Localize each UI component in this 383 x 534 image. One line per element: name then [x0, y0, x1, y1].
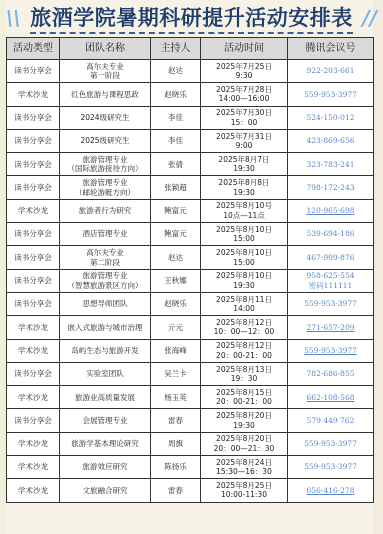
team-name-cell-line: 思想导师团队: [60, 299, 150, 309]
host-cell: 雷春: [151, 409, 201, 432]
title-area: \\ 旅酒学院暑期科研提升活动安排表 //: [0, 0, 383, 36]
activity-time-cell: 2025年7月31日9:00: [201, 129, 288, 152]
host-cell: 张颖超: [151, 176, 201, 199]
meeting-id-link-line[interactable]: 423-869-656: [288, 136, 373, 146]
meeting-id-link-line[interactable]: 579 449 762: [288, 416, 373, 426]
team-name-cell-line: 实验室团队: [60, 369, 150, 379]
activity-type-cell: 读书分享会: [7, 246, 60, 269]
meeting-id-link-line[interactable]: 559-953-3977: [288, 90, 373, 100]
activity-time-cell-line: 2025年8月11日: [201, 295, 287, 305]
team-name-cell-line: 高尔夫专业: [60, 62, 150, 72]
team-name-cell: 会展管理专业: [60, 409, 151, 432]
activity-time-cell-line: 2025年7月25日: [201, 62, 287, 72]
team-name-cell: 嵌入式旅游与城市治理: [60, 316, 151, 339]
activity-time-cell-line: 2025年8月10日: [201, 225, 287, 235]
table-row: 读书分享会会展管理专业雷春2025年8月20日19:30579 449 762: [7, 409, 374, 432]
activity-time-cell-line: 2025年8月7日: [201, 155, 287, 165]
table-row: 读书分享会实验室团队吴兰卡2025年8月13日19：30782-686-855: [7, 362, 374, 385]
activity-time-cell: 2025年8月10日15:00: [201, 246, 288, 269]
team-name-cell-line: 文旅融合研究: [60, 486, 150, 496]
activity-time-cell-line: 14:00: [201, 304, 287, 314]
activity-time-cell: 2025年8月25日10:00-11:30: [201, 479, 288, 502]
activity-time-cell-line: 2025年8月24日: [201, 458, 287, 468]
activity-type-cell: 学术沙龙: [7, 456, 60, 479]
activity-time-cell-line: 19:30: [201, 281, 287, 291]
meeting-id-link[interactable]: 559-953-3977: [288, 83, 374, 106]
activity-type-cell: 学术沙龙: [7, 432, 60, 455]
activity-time-cell-line: 19：30: [201, 374, 287, 384]
header-host: 主持人: [151, 38, 201, 60]
team-name-cell-line: 旅游学基本理论研究: [60, 439, 150, 449]
activity-time-cell-line: 15:30—16：30: [201, 467, 287, 477]
meeting-id-link[interactable]: 958-625-554密码111111: [288, 269, 374, 292]
host-cell: 赵达: [151, 60, 201, 83]
team-name-cell: 2025级研究生: [60, 129, 151, 152]
background-right-edge: [373, 0, 383, 534]
table-row: 读书分享会旅游管理专业（邮轮游艇方向）张颖超2025年8月8日19:30798-…: [7, 176, 374, 199]
meeting-id-link-line[interactable]: 密码111111: [288, 281, 373, 291]
meeting-id-link[interactable]: 423-869-656: [288, 129, 374, 152]
activity-time-cell: 2025年8月24日15:30—16：30: [201, 456, 288, 479]
activity-time-cell-line: 2025年8月20日: [201, 434, 287, 444]
host-cell: 赵晓乐: [151, 292, 201, 315]
team-name-cell: 2024级研究生: [60, 106, 151, 129]
activity-time-cell: 2025年8月12日10：00—12：00: [201, 316, 288, 339]
meeting-id-link-line[interactable]: 922-203-661: [288, 66, 373, 76]
activity-time-cell-line: 20：00-21：00: [201, 351, 287, 361]
team-name-cell-line: 第二阶段: [60, 258, 150, 268]
activity-time-cell: 2025年8月13日19：30: [201, 362, 288, 385]
activity-type-cell: 读书分享会: [7, 269, 60, 292]
table-row: 读书分享会高尔夫专业第一阶段赵达2025年7月25日9:30922-203-66…: [7, 60, 374, 83]
team-name-cell-line: 旅游效应研究: [60, 462, 150, 472]
team-name-cell-line: 旅游管理专业: [60, 271, 150, 281]
table-row: 学术沙龙旅游者行为研究鲍富元2025年8月10号10点—11点120-965-6…: [7, 199, 374, 222]
meeting-id-link[interactable]: 579 449 762: [288, 409, 374, 432]
team-name-cell: 文旅融合研究: [60, 479, 151, 502]
meeting-id-link[interactable]: 323-783-241: [288, 153, 374, 176]
meeting-id-link-line[interactable]: 798-172-243: [288, 183, 373, 193]
table-row: 读书分享会2024级研究生李佳2025年7月30日15：00524-150-01…: [7, 106, 374, 129]
meeting-id-link[interactable]: 559-953-3977: [288, 456, 374, 479]
activity-type-cell: 读书分享会: [7, 292, 60, 315]
host-cell: 陈扬乐: [151, 456, 201, 479]
team-name-cell-line: 岛屿生态与旅游开发: [60, 346, 150, 356]
meeting-id-link[interactable]: 559-953-3977: [288, 292, 374, 315]
team-name-cell: 旅游管理专业（智慧旅游景区方向）: [60, 269, 151, 292]
activity-time-cell-line: 15:00: [201, 258, 287, 268]
meeting-id-link-line[interactable]: 559-953-3977: [288, 299, 373, 309]
table-body: 读书分享会高尔夫专业第一阶段赵达2025年7月25日9:30922-203-66…: [7, 60, 374, 503]
activity-time-cell-line: 2025年7月28日: [201, 85, 287, 95]
header-team-name: 团队名称: [60, 38, 151, 60]
team-name-cell: 实验室团队: [60, 362, 151, 385]
activity-time-cell-line: 2025年8月13日: [201, 365, 287, 375]
meeting-id-link[interactable]: 559-953-3977: [288, 339, 374, 362]
team-name-cell-line: 红色旅游与课程思政: [60, 90, 150, 100]
team-name-cell-line: 会展管理专业: [60, 416, 150, 426]
meeting-id-link[interactable]: 539-694-186: [288, 223, 374, 246]
activity-time-cell-line: 9:30: [201, 71, 287, 81]
team-name-cell: 酒店管理专业: [60, 223, 151, 246]
team-name-cell: 思想导师团队: [60, 292, 151, 315]
activity-time-cell-line: 2025年8月12日: [201, 341, 287, 351]
activity-time-cell-line: 19:30: [201, 164, 287, 174]
host-cell: 王秋娜: [151, 269, 201, 292]
activity-time-cell: 2025年7月28日14:00—16:00: [201, 83, 288, 106]
exclamation-decoration-left-icon: \\: [6, 6, 21, 30]
table-row: 读书分享会思想导师团队赵晓乐2025年8月11日14:00559-953-397…: [7, 292, 374, 315]
activity-type-cell: 读书分享会: [7, 362, 60, 385]
table-row: 读书分享会酒店管理专业鲍富元2025年8月10日15:00539-694-186: [7, 223, 374, 246]
activity-time-cell-line: 2025年8月10日: [201, 248, 287, 258]
team-name-cell-line: 酒店管理专业: [60, 229, 150, 239]
schedule-table: 活动类型 团队名称 主持人 活动时间 腾讯会议号 读书分享会高尔夫专业第一阶段赵…: [6, 37, 374, 503]
meeting-id-link[interactable]: 922-203-661: [288, 60, 374, 83]
meeting-id-link[interactable]: 798-172-243: [288, 176, 374, 199]
activity-type-cell: 学术沙龙: [7, 479, 60, 502]
meeting-id-link-line[interactable]: 467-909-876: [288, 253, 373, 263]
team-name-cell-line: 嵌入式旅游与城市治理: [60, 323, 150, 333]
team-name-cell: 高尔夫专业第一阶段: [60, 60, 151, 83]
table-row: 学术沙龙文旅融合研究雷春2025年8月25日10:00-11:30656-416…: [7, 479, 374, 502]
table-row: 读书分享会旅游管理专业（国际旅游接待方向）张倩2025年8月7日19:30323…: [7, 153, 374, 176]
team-name-cell-line: 旅游管理专业: [60, 155, 150, 165]
activity-type-cell: 读书分享会: [7, 129, 60, 152]
activity-time-cell-line: 2025年8月12日: [201, 318, 287, 328]
exclamation-decoration-right-icon: //: [362, 6, 377, 30]
host-cell: 鲍富元: [151, 199, 201, 222]
activity-time-cell-line: 2025年8月10号: [201, 201, 287, 211]
activity-time-cell: 2025年7月30日15：00: [201, 106, 288, 129]
meeting-id-link-line[interactable]: 782-686-855: [288, 369, 373, 379]
activity-time-cell-line: 2025年7月30日: [201, 108, 287, 118]
meeting-id-link-line[interactable]: 271-657-209: [288, 323, 373, 333]
meeting-id-link[interactable]: 467-909-876: [288, 246, 374, 269]
activity-time-cell: 2025年8月11日14:00: [201, 292, 288, 315]
activity-time-cell-line: 2025年8月20日: [201, 411, 287, 421]
meeting-id-link[interactable]: 656-416-278: [288, 479, 374, 502]
page-title: 旅酒学院暑期科研提升活动安排表: [30, 6, 353, 34]
meeting-id-link-line[interactable]: 559-953-3977: [288, 346, 373, 356]
host-cell: 李佳: [151, 106, 201, 129]
host-cell: 赵达: [151, 246, 201, 269]
activity-time-cell: 2025年8月8日19:30: [201, 176, 288, 199]
activity-type-cell: 读书分享会: [7, 409, 60, 432]
meeting-id-link-line[interactable]: 958-625-554: [288, 271, 373, 281]
table-row: 学术沙龙岛屿生态与旅游开发张海峰2025年8月12日20：00-21：00559…: [7, 339, 374, 362]
activity-time-cell-line: 20：00—21：30: [201, 444, 287, 454]
meeting-id-link[interactable]: 271-657-209: [288, 316, 374, 339]
activity-type-cell: 学术沙龙: [7, 339, 60, 362]
host-cell: 张海峰: [151, 339, 201, 362]
team-name-cell-line: 2025级研究生: [60, 136, 150, 146]
meeting-id-link-line[interactable]: 323-783-241: [288, 160, 373, 170]
activity-time-cell-line: 19:30: [201, 188, 287, 198]
team-name-cell-line: （邮轮游艇方向）: [60, 188, 150, 198]
host-cell: 吴兰卡: [151, 362, 201, 385]
activity-time-cell-line: 14:00—16:00: [201, 94, 287, 104]
activity-time-cell: 2025年8月15日20：00-21：00: [201, 386, 288, 409]
header-activity-time: 活动时间: [201, 38, 288, 60]
activity-type-cell: 读书分享会: [7, 106, 60, 129]
team-name-cell-line: 旅游业高质量发展: [60, 393, 150, 403]
host-cell: 周旗: [151, 432, 201, 455]
activity-time-cell-line: 10:00-11:30: [201, 490, 287, 500]
header-activity-type: 活动类型: [7, 38, 60, 60]
team-name-cell-line: 2024级研究生: [60, 113, 150, 123]
meeting-id-link[interactable]: 120-965-698: [288, 199, 374, 222]
activity-type-cell: 读书分享会: [7, 153, 60, 176]
team-name-cell: 旅游业高质量发展: [60, 386, 151, 409]
activity-type-cell: 学术沙龙: [7, 199, 60, 222]
activity-time-cell-line: 10：00—12：00: [201, 327, 287, 337]
team-name-cell: 旅游者行为研究: [60, 199, 151, 222]
meeting-id-link[interactable]: 782-686-855: [288, 362, 374, 385]
team-name-cell: 旅游管理专业（国际旅游接待方向）: [60, 153, 151, 176]
activity-time-cell-line: 2025年7月31日: [201, 132, 287, 142]
meeting-id-link-line[interactable]: 656-416-278: [288, 486, 373, 496]
team-name-cell: 旅游管理专业（邮轮游艇方向）: [60, 176, 151, 199]
host-cell: 雷春: [151, 479, 201, 502]
meeting-id-link-line[interactable]: 120-965-698: [288, 206, 373, 216]
meeting-id-link[interactable]: 662-108-568: [288, 386, 374, 409]
activity-time-cell-line: 10点—11点: [201, 211, 287, 221]
team-name-cell: 高尔夫专业第二阶段: [60, 246, 151, 269]
team-name-cell: 旅游效应研究: [60, 456, 151, 479]
table-row: 学术沙龙旅游效应研究陈扬乐2025年8月24日15:30—16：30559-95…: [7, 456, 374, 479]
activity-time-cell-line: 15：00: [201, 118, 287, 128]
team-name-cell: 旅游学基本理论研究: [60, 432, 151, 455]
team-name-cell-line: 旅游者行为研究: [60, 206, 150, 216]
team-name-cell: 红色旅游与课程思政: [60, 83, 151, 106]
activity-time-cell-line: 20：00-21：00: [201, 397, 287, 407]
team-name-cell-line: （智慧旅游景区方向）: [60, 281, 150, 291]
host-cell: 赵晓乐: [151, 83, 201, 106]
table-row: 读书分享会2025级研究生李佳2025年7月31日9:00423-869-656: [7, 129, 374, 152]
activity-type-cell: 学术沙龙: [7, 316, 60, 339]
activity-type-cell: 读书分享会: [7, 223, 60, 246]
meeting-id-link[interactable]: 559-953-3977: [288, 432, 374, 455]
meeting-id-link-line[interactable]: 539-694-186: [288, 229, 373, 239]
activity-time-cell: 2025年8月12日20：00-21：00: [201, 339, 288, 362]
meeting-id-link-line[interactable]: 559-953-3977: [288, 462, 373, 472]
host-cell: 李佳: [151, 129, 201, 152]
table-row: 学术沙龙红色旅游与课程思政赵晓乐2025年7月28日14:00—16:00559…: [7, 83, 374, 106]
activity-type-cell: 读书分享会: [7, 60, 60, 83]
host-cell: 鲍富元: [151, 223, 201, 246]
table-row: 读书分享会旅游管理专业（智慧旅游景区方向）王秋娜2025年8月10日19:309…: [7, 269, 374, 292]
activity-time-cell: 2025年8月7日19:30: [201, 153, 288, 176]
activity-type-cell: 学术沙龙: [7, 386, 60, 409]
activity-time-cell: 2025年8月20日20：00—21：30: [201, 432, 288, 455]
activity-time-cell-line: 2025年8月10日: [201, 271, 287, 281]
activity-type-cell: 学术沙龙: [7, 83, 60, 106]
activity-type-cell: 读书分享会: [7, 176, 60, 199]
table-row: 读书分享会高尔夫专业第二阶段赵达2025年8月10日15:00467-909-8…: [7, 246, 374, 269]
meeting-id-link-line[interactable]: 662-108-568: [288, 393, 373, 403]
activity-time-cell: 2025年8月10日19:30: [201, 269, 288, 292]
activity-time-cell-line: 15:00: [201, 234, 287, 244]
activity-time-cell-line: 2025年8月8日: [201, 178, 287, 188]
activity-time-cell: 2025年8月20日19:30: [201, 409, 288, 432]
team-name-cell-line: 高尔夫专业: [60, 248, 150, 258]
host-cell: 张倩: [151, 153, 201, 176]
header-meeting-id: 腾讯会议号: [288, 38, 374, 60]
activity-time-cell: 2025年7月25日9:30: [201, 60, 288, 83]
activity-time-cell: 2025年8月10日15:00: [201, 223, 288, 246]
team-name-cell-line: 旅游管理专业: [60, 178, 150, 188]
meeting-id-link-line[interactable]: 524-150-012: [288, 113, 373, 123]
table-header-row: 活动类型 团队名称 主持人 活动时间 腾讯会议号: [7, 38, 374, 60]
activity-time-cell-line: 19:30: [201, 421, 287, 431]
table-row: 学术沙龙嵌入式旅游与城市治理亓元2025年8月12日10：00—12：00271…: [7, 316, 374, 339]
activity-time-cell: 2025年8月10号10点—11点: [201, 199, 288, 222]
meeting-id-link[interactable]: 524-150-012: [288, 106, 374, 129]
table-row: 学术沙龙旅游业高质量发展杨玉英2025年8月15日20：00-21：00662-…: [7, 386, 374, 409]
meeting-id-link-line[interactable]: 559-953-3977: [288, 439, 373, 449]
table-row: 学术沙龙旅游学基本理论研究周旗2025年8月20日20：00—21：30559-…: [7, 432, 374, 455]
team-name-cell: 岛屿生态与旅游开发: [60, 339, 151, 362]
activity-time-cell-line: 9:00: [201, 141, 287, 151]
activity-time-cell-line: 2025年8月25日: [201, 481, 287, 491]
host-cell: 杨玉英: [151, 386, 201, 409]
host-cell: 亓元: [151, 316, 201, 339]
team-name-cell-line: （国际旅游接待方向）: [60, 164, 150, 174]
team-name-cell-line: 第一阶段: [60, 71, 150, 81]
activity-time-cell-line: 2025年8月15日: [201, 388, 287, 398]
